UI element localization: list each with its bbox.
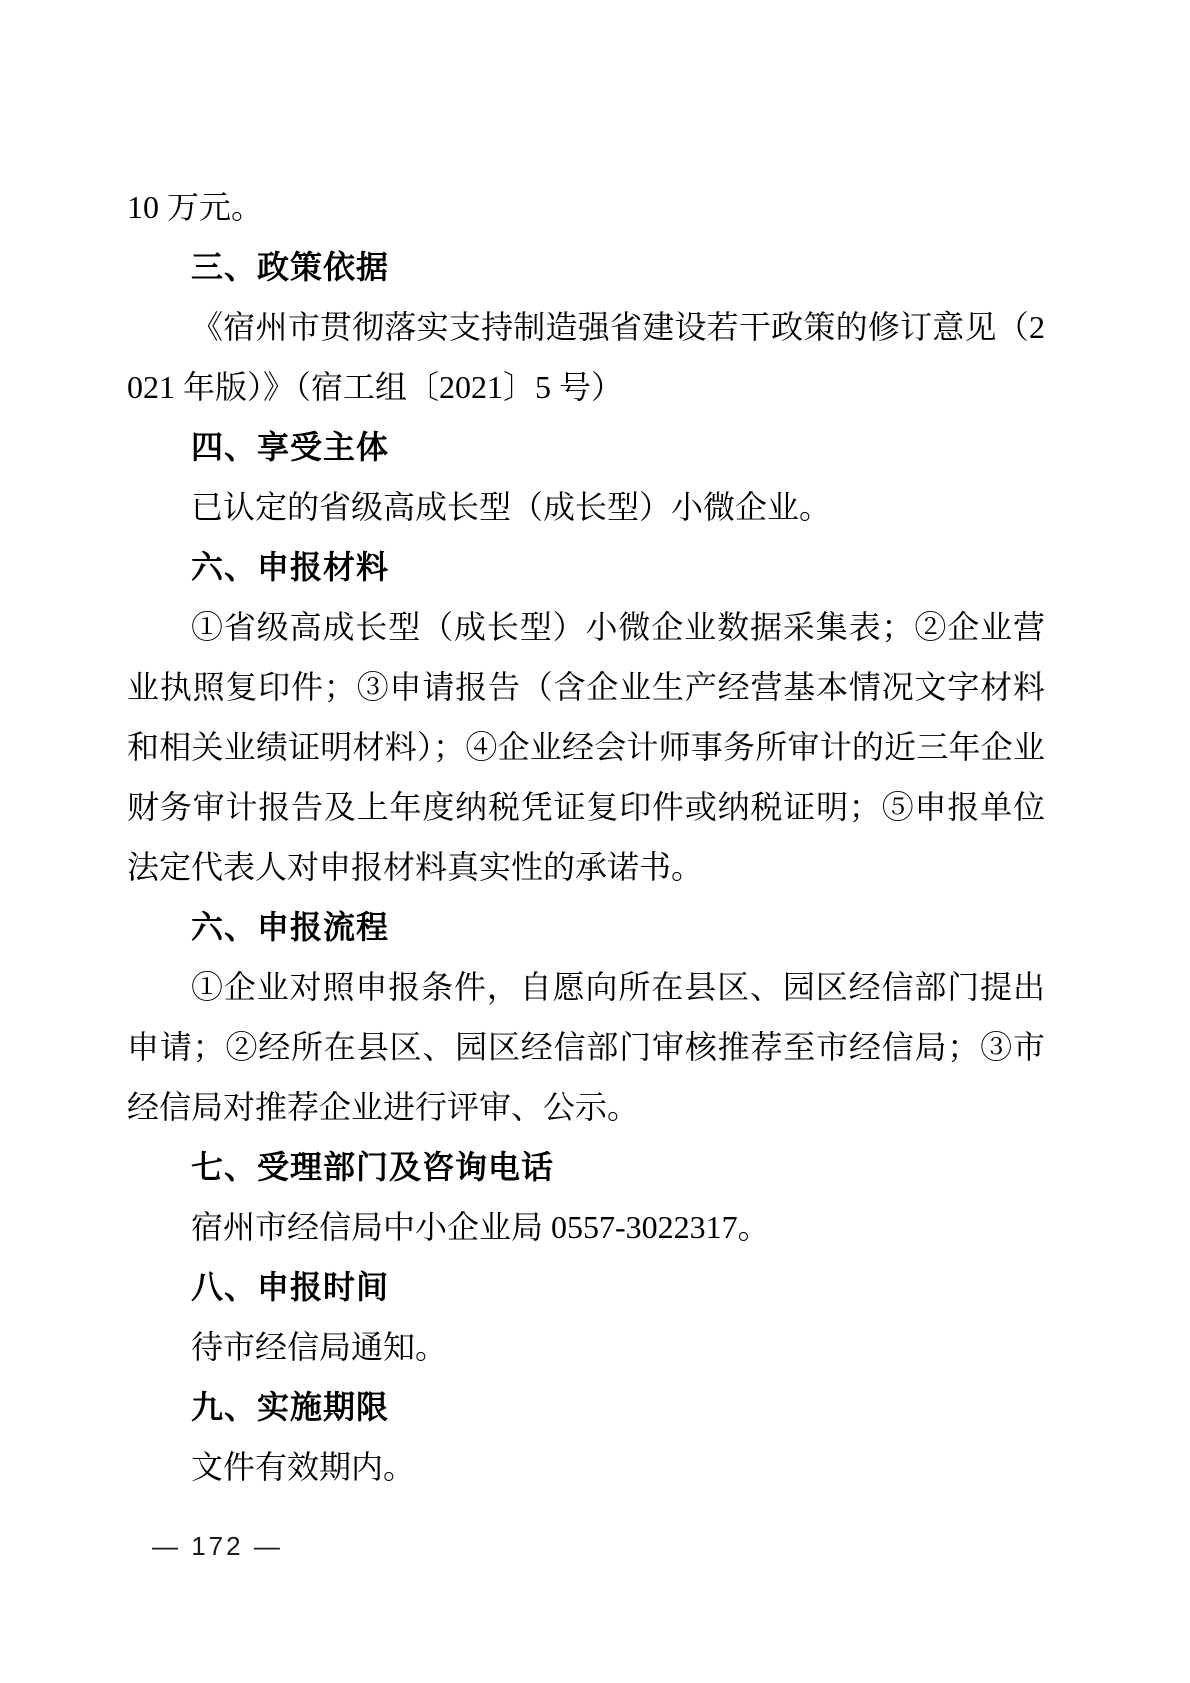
body-paragraph: ①企业对照申报条件，自愿向所在县区、园区经信部门提出申请；②经所在县区、园区经信…	[127, 957, 1045, 1137]
section-heading: 六、申报材料	[127, 537, 1045, 597]
body-paragraph: ①省级高成长型（成长型）小微企业数据采集表；②企业营业执照复印件；③申请报告（含…	[127, 597, 1045, 897]
page-number: — 172 —	[152, 1531, 283, 1561]
section-heading: 九、实施期限	[127, 1377, 1045, 1437]
body-paragraph: 10 万元。	[127, 177, 1045, 237]
page-footer: — 172 —	[152, 1526, 283, 1566]
section-heading: 三、政策依据	[127, 237, 1045, 297]
body-paragraph: 《宿州市贯彻落实支持制造强省建设若干政策的修订意见（2021 年版）》（宿工组〔…	[127, 297, 1045, 417]
document-content: 10 万元。三、政策依据《宿州市贯彻落实支持制造强省建设若干政策的修订意见（20…	[127, 177, 1045, 1497]
section-heading: 四、享受主体	[127, 417, 1045, 477]
body-paragraph: 待市经信局通知。	[127, 1317, 1045, 1377]
body-paragraph: 已认定的省级高成长型（成长型）小微企业。	[127, 477, 1045, 537]
document-page: 10 万元。三、政策依据《宿州市贯彻落实支持制造强省建设若干政策的修订意见（20…	[0, 0, 1190, 1683]
body-paragraph: 宿州市经信局中小企业局 0557-3022317。	[127, 1197, 1045, 1257]
body-paragraph: 文件有效期内。	[127, 1437, 1045, 1497]
section-heading: 八、申报时间	[127, 1257, 1045, 1317]
section-heading: 六、申报流程	[127, 897, 1045, 957]
section-heading: 七、受理部门及咨询电话	[127, 1137, 1045, 1197]
